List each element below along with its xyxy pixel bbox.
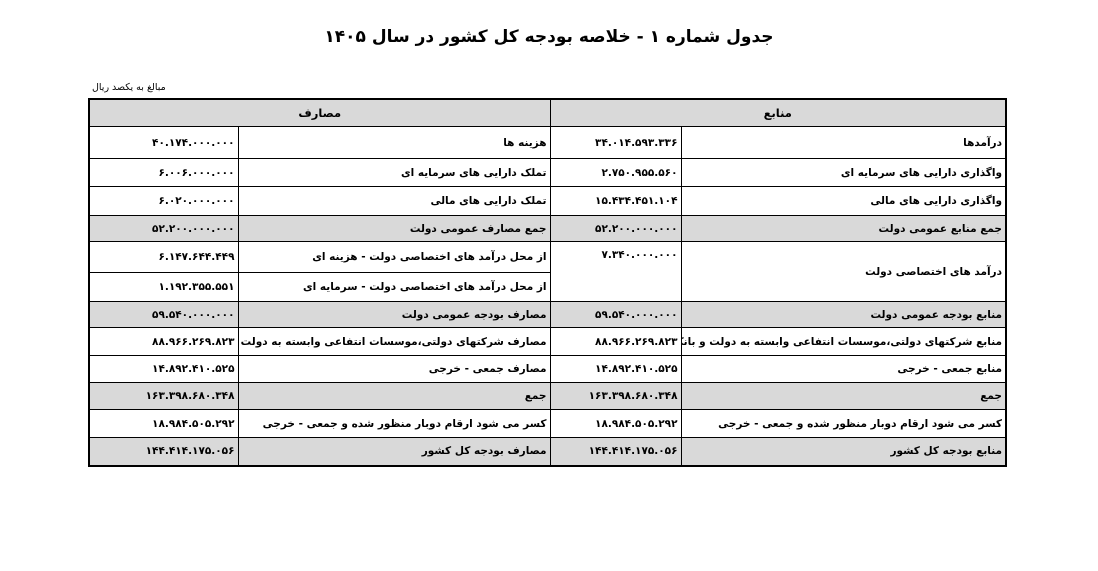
- amount: ۱۵.۴۳۴.۴۵۱.۱۰۴: [595, 195, 677, 207]
- amount: ۶.۰۲۰.۰۰۰.۰۰۰: [158, 195, 234, 207]
- resources-value-cell: ۵۲.۲۰۰.۰۰۰.۰۰۰: [550, 216, 681, 242]
- table-row-subtotal: منابع بودجه عمومی دولت ۵۹.۵۴۰.۰۰۰.۰۰۰ مص…: [89, 302, 1006, 328]
- amount: ۵۹.۵۴۰.۰۰۰.۰۰۰: [152, 309, 234, 321]
- resources-value-cell: ۸۸.۹۶۶.۲۶۹.۸۲۳: [550, 328, 681, 356]
- expenditures-header: مصارف: [89, 99, 550, 127]
- resources-label-cell: جمع: [681, 383, 1006, 410]
- amount: ۲.۷۵۰.۹۵۵.۵۶۰: [601, 167, 677, 179]
- expenditures-label-cell: هزینه ها: [238, 127, 550, 159]
- resources-header: منابع: [550, 99, 1006, 127]
- table-row: واگذاری دارایی های مالی ۱۵.۴۳۴.۴۵۱.۱۰۴ ت…: [89, 187, 1006, 216]
- expenditures-label-cell: جمع مصارف عمومی دولت: [238, 216, 550, 242]
- table-row: کسر می شود ارقام دوبار منظور شده و جمعی …: [89, 410, 1006, 438]
- expenditures-label-cell: تملک دارایی های مالی: [238, 187, 550, 216]
- resources-label-cell: کسر می شود ارقام دوبار منظور شده و جمعی …: [681, 410, 1006, 438]
- resources-value-cell: ۱۴۴.۴۱۴.۱۷۵.۰۵۶: [550, 438, 681, 466]
- expenditures-label-cell: از محل درآمد های اختصاصی دولت - هزینه ای: [238, 242, 550, 273]
- expenditures-value-cell: ۵۹.۵۴۰.۰۰۰.۰۰۰: [89, 302, 238, 328]
- table-row: واگذاری دارایی های سرمایه ای ۲.۷۵۰.۹۵۵.۵…: [89, 159, 1006, 187]
- resources-value-cell: ۲.۷۵۰.۹۵۵.۵۶۰: [550, 159, 681, 187]
- amount: ۸۸.۹۶۶.۲۶۹.۸۲۳: [595, 336, 677, 348]
- table-row-total: جمع ۱۶۳.۳۹۸.۶۸۰.۳۴۸ جمع ۱۶۳.۳۹۸.۶۸۰.۳۴۸: [89, 383, 1006, 410]
- amount: ۸۸.۹۶۶.۲۶۹.۸۲۳: [152, 336, 234, 348]
- table-row: درآمدها ۳۴.۰۱۴.۵۹۳.۳۳۶ هزینه ها ۴۰.۱۷۴.۰…: [89, 127, 1006, 159]
- expenditures-value-cell: ۱۴.۸۹۲.۴۱۰.۵۲۵: [89, 356, 238, 383]
- expenditures-value-cell: ۴۰.۱۷۴.۰۰۰.۰۰۰: [89, 127, 238, 159]
- resources-value-cell: ۳۴.۰۱۴.۵۹۳.۳۳۶: [550, 127, 681, 159]
- expenditures-value-cell: ۱.۱۹۲.۳۵۵.۵۵۱: [89, 273, 238, 302]
- unit-note: مبالغ به یکصد ریال: [92, 82, 166, 93]
- amount: ۱۴۴.۴۱۴.۱۷۵.۰۵۶: [146, 445, 235, 457]
- expenditures-value-cell: ۶.۱۴۷.۶۴۴.۴۴۹: [89, 242, 238, 273]
- amount: ۵۲.۲۰۰.۰۰۰.۰۰۰: [152, 223, 234, 235]
- expenditures-label-cell: از محل درآمد های اختصاصی دولت - سرمایه ا…: [238, 273, 550, 302]
- resources-label-cell: منابع بودجه کل کشور: [681, 438, 1006, 466]
- expenditures-value-cell: ۶.۰۲۰.۰۰۰.۰۰۰: [89, 187, 238, 216]
- resources-value-cell: ۱۴.۸۹۲.۴۱۰.۵۲۵: [550, 356, 681, 383]
- expenditures-label-cell: مصارف جمعی - خرجی: [238, 356, 550, 383]
- amount: ۱۸.۹۸۴.۵۰۵.۲۹۲: [595, 418, 677, 430]
- amount: ۱۴.۸۹۲.۴۱۰.۵۲۵: [152, 363, 234, 375]
- resources-label-cell: درآمد های اختصاصی دولت: [681, 242, 1006, 302]
- amount: ۴۰.۱۷۴.۰۰۰.۰۰۰: [152, 137, 234, 149]
- table-row-grand-total: منابع بودجه کل کشور ۱۴۴.۴۱۴.۱۷۵.۰۵۶ مصار…: [89, 438, 1006, 466]
- amount: ۶.۰۰۶.۰۰۰.۰۰۰: [158, 167, 234, 179]
- page: { "document": { "title": "جدول شماره ۱ -…: [0, 0, 1098, 571]
- resources-value-cell: ۱۶۳.۳۹۸.۶۸۰.۳۴۸: [550, 383, 681, 410]
- amount: ۵۲.۲۰۰.۰۰۰.۰۰۰: [595, 223, 677, 235]
- resources-label-cell: واگذاری دارایی های مالی: [681, 187, 1006, 216]
- expenditures-label-cell: کسر می شود ارقام دوبار منظور شده و جمعی …: [238, 410, 550, 438]
- amount: ۱.۱۹۲.۳۵۵.۵۵۱: [158, 281, 234, 293]
- expenditures-label-cell: مصارف بودجه کل کشور: [238, 438, 550, 466]
- amount: ۱۶۳.۳۹۸.۶۸۰.۳۴۸: [146, 390, 235, 402]
- table-row-subtotal: جمع منابع عمومی دولت ۵۲.۲۰۰.۰۰۰.۰۰۰ جمع …: [89, 216, 1006, 242]
- resources-value-cell: ۵۹.۵۴۰.۰۰۰.۰۰۰: [550, 302, 681, 328]
- resources-label-cell: واگذاری دارایی های سرمایه ای: [681, 159, 1006, 187]
- amount: ۱۴۴.۴۱۴.۱۷۵.۰۵۶: [589, 445, 678, 457]
- budget-summary-table: منابع مصارف درآمدها ۳۴.۰۱۴.۵۹۳.۳۳۶ هزینه…: [88, 98, 1007, 467]
- amount: ۷.۳۴۰.۰۰۰.۰۰۰: [601, 249, 677, 261]
- expenditures-label-cell: تملک دارایی های سرمایه ای: [238, 159, 550, 187]
- table-header-row: منابع مصارف: [89, 99, 1006, 127]
- page-title: جدول شماره ۱ - خلاصه بودجه کل کشور در سا…: [0, 27, 1098, 47]
- expenditures-value-cell: ۶.۰۰۶.۰۰۰.۰۰۰: [89, 159, 238, 187]
- resources-label-cell: درآمدها: [681, 127, 1006, 159]
- expenditures-label-cell: جمع: [238, 383, 550, 410]
- expenditures-value-cell: ۸۸.۹۶۶.۲۶۹.۸۲۳: [89, 328, 238, 356]
- resources-label-cell: منابع شرکتهای دولتی،موسسات انتفاعی وابست…: [681, 328, 1006, 356]
- expenditures-value-cell: ۱۶۳.۳۹۸.۶۸۰.۳۴۸: [89, 383, 238, 410]
- resources-value-cell: ۱۵.۴۳۴.۴۵۱.۱۰۴: [550, 187, 681, 216]
- amount: ۳۴.۰۱۴.۵۹۳.۳۳۶: [595, 137, 677, 149]
- resources-value-cell: ۱۸.۹۸۴.۵۰۵.۲۹۲: [550, 410, 681, 438]
- table-row: منابع جمعی - خرجی ۱۴.۸۹۲.۴۱۰.۵۲۵ مصارف ج…: [89, 356, 1006, 383]
- resources-value-cell: ۷.۳۴۰.۰۰۰.۰۰۰: [550, 242, 681, 302]
- amount: ۱۴.۸۹۲.۴۱۰.۵۲۵: [595, 363, 677, 375]
- resources-label-cell: جمع منابع عمومی دولت: [681, 216, 1006, 242]
- resources-label-cell: منابع جمعی - خرجی: [681, 356, 1006, 383]
- expenditures-value-cell: ۱۴۴.۴۱۴.۱۷۵.۰۵۶: [89, 438, 238, 466]
- expenditures-label-cell: مصارف بودجه عمومی دولت: [238, 302, 550, 328]
- table-row: درآمد های اختصاصی دولت ۷.۳۴۰.۰۰۰.۰۰۰ از …: [89, 242, 1006, 273]
- resources-label-cell: منابع بودجه عمومی دولت: [681, 302, 1006, 328]
- amount: ۶.۱۴۷.۶۴۴.۴۴۹: [158, 251, 234, 263]
- expenditures-value-cell: ۱۸.۹۸۴.۵۰۵.۲۹۲: [89, 410, 238, 438]
- expenditures-label-cell: مصارف شرکتهای دولتی،موسسات انتفاعی وابست…: [238, 328, 550, 356]
- amount: ۵۹.۵۴۰.۰۰۰.۰۰۰: [595, 309, 677, 321]
- amount: ۱۸.۹۸۴.۵۰۵.۲۹۲: [152, 418, 234, 430]
- amount: ۱۶۳.۳۹۸.۶۸۰.۳۴۸: [589, 390, 678, 402]
- expenditures-value-cell: ۵۲.۲۰۰.۰۰۰.۰۰۰: [89, 216, 238, 242]
- table-row: منابع شرکتهای دولتی،موسسات انتفاعی وابست…: [89, 328, 1006, 356]
